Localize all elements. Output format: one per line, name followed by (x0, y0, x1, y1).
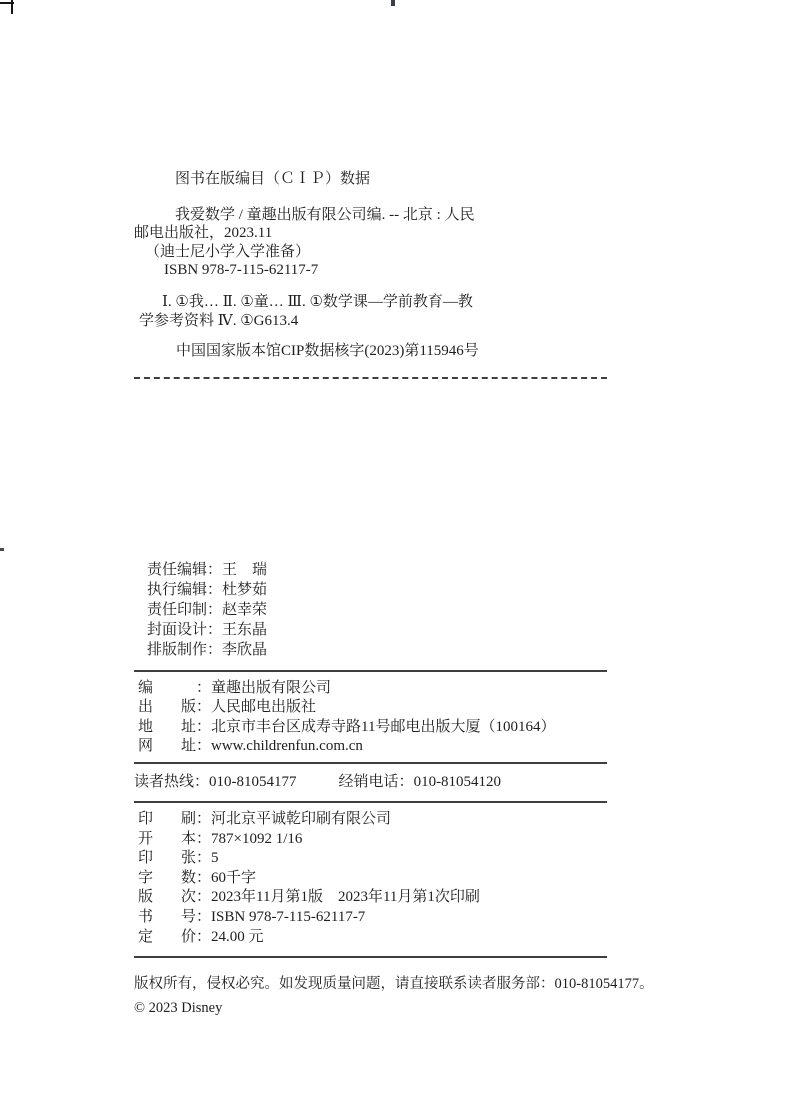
staff-row: 责任印制：赵幸荣 (147, 600, 267, 620)
staff-role: 执行编辑 (147, 582, 207, 598)
reader-hotline-label: 读者热线 (134, 774, 194, 790)
printing-row: 印张：5 (138, 849, 480, 869)
cip-heading: 图书在版编目（ＣＩＰ）数据 (134, 170, 610, 189)
colon: ： (196, 738, 211, 754)
row-label: 开本 (138, 830, 196, 850)
row-label: 印张 (138, 849, 196, 869)
hotline-row: 读者热线：010-81054177经销电话：010-81054120 (134, 773, 501, 792)
colon: ： (196, 909, 211, 925)
row-value: 787×1092 1/16 (211, 831, 302, 847)
row-value: 人民邮电出版社 (211, 699, 316, 715)
colon: ： (207, 562, 222, 578)
colon: ： (196, 850, 211, 866)
printing-row: 字数：60千字 (138, 869, 480, 889)
horizontal-rule (134, 801, 607, 803)
dashed-divider (134, 377, 607, 379)
disney-copyright: © 2023 Disney (134, 1000, 222, 1017)
colon: ： (196, 699, 211, 715)
website-url: www.childrenfun.com.cn (211, 738, 363, 754)
staff-role: 排版制作 (147, 642, 207, 658)
staff-name: 赵幸荣 (222, 602, 267, 618)
printing-row: 开本：787×1092 1/16 (138, 830, 480, 850)
staff-role: 封面设计 (147, 622, 207, 638)
row-label: 字数 (138, 869, 196, 889)
horizontal-rule (134, 670, 607, 672)
colon: ： (196, 889, 211, 905)
row-value: 24.00 元 (211, 929, 264, 945)
row-label: 编 (138, 679, 196, 698)
trim-mark-left-edge (0, 548, 4, 551)
row-value: 河北京平诚乾印刷有限公司 (211, 811, 391, 827)
reader-hotline-number: 010-81054177 (209, 774, 297, 790)
row-label: 出版 (138, 698, 196, 717)
row-value: 5 (211, 850, 219, 866)
cip-block: 图书在版编目（ＣＩＰ）数据 我爱数学 / 童趣出版有限公司编. -- 北京 : … (134, 170, 610, 361)
staff-name: 王 瑞 (222, 562, 267, 578)
horizontal-rule (134, 762, 607, 764)
horizontal-rule (134, 956, 607, 958)
row-label: 定价 (138, 928, 196, 948)
cip-series-note: （迪士尼小学入学准备） (134, 243, 610, 262)
printing-block: 印刷：河北京平诚乾印刷有限公司 开本：787×1092 1/16 印张：5 字数… (138, 810, 480, 947)
trim-mark-top-center (391, 0, 395, 6)
colon: ： (196, 929, 211, 945)
copyright-notice: 版权所有，侵权必究。如发现质量问题，请直接联系读者服务部：010-8105417… (134, 972, 654, 993)
colon: ： (196, 719, 211, 735)
cip-entry-line-1: 我爱数学 / 童趣出版有限公司编. -- 北京 : 人民 (134, 206, 610, 225)
staff-row: 封面设计：王东晶 (147, 620, 267, 640)
row-label: 书号 (138, 908, 196, 928)
crop-mark-top-left-vertical (11, 0, 13, 14)
publisher-row: 出版：人民邮电出版社 (138, 698, 555, 717)
colon: ： (207, 602, 222, 618)
staff-block: 责任编辑：王 瑞 执行编辑：杜梦茹 责任印制：赵幸荣 封面设计：王东晶 排版制作… (147, 560, 267, 660)
publisher-row: 网址：www.childrenfun.com.cn (138, 737, 555, 756)
printing-row: 书号：ISBN 978-7-115-62117-7 (138, 908, 480, 928)
row-value: 2023年11月第1版 2023年11月第1次印刷 (211, 889, 480, 905)
printing-row: 版次：2023年11月第1版 2023年11月第1次印刷 (138, 888, 480, 908)
colon: ： (194, 774, 209, 790)
row-label: 版次 (138, 888, 196, 908)
sales-phone-label: 经销电话 (339, 774, 399, 790)
publisher-row: 编：童趣出版有限公司 (138, 679, 555, 698)
staff-row: 责任编辑：王 瑞 (147, 560, 267, 580)
staff-row: 执行编辑：杜梦茹 (147, 580, 267, 600)
colon: ： (207, 582, 222, 598)
colon: ： (207, 622, 222, 638)
printing-row: 印刷：河北京平诚乾印刷有限公司 (138, 810, 480, 830)
sales-phone-number: 010-81054120 (414, 774, 502, 790)
colon: ： (399, 774, 414, 790)
publisher-block: 编：童趣出版有限公司 出版：人民邮电出版社 地址：北京市丰台区成寿寺路11号邮电… (138, 679, 555, 756)
colon: ： (196, 680, 211, 696)
cip-classification-line-2: 学参考资料 Ⅳ. ①G613.4 (134, 312, 610, 331)
row-value: 童趣出版有限公司 (211, 680, 331, 696)
colophon-page: 图书在版编目（ＣＩＰ）数据 我爱数学 / 童趣出版有限公司编. -- 北京 : … (0, 0, 790, 1103)
colon: ： (207, 642, 222, 658)
cip-registry-line: 中国国家版本馆CIP数据核字(2023)第115946号 (134, 342, 610, 361)
cip-isbn-line: ISBN 978-7-115-62117-7 (134, 261, 610, 280)
row-label: 网址 (138, 737, 196, 756)
staff-role: 责任编辑 (147, 562, 207, 578)
staff-row: 排版制作：李欣晶 (147, 640, 267, 660)
row-value: 北京市丰台区成寿寺路11号邮电出版大厦（100164） (211, 719, 555, 735)
colon: ： (196, 831, 211, 847)
row-label: 地址 (138, 718, 196, 737)
staff-name: 王东晶 (222, 622, 267, 638)
colon: ： (196, 811, 211, 827)
cip-classification-line-1: Ⅰ. ①我… Ⅱ. ①童… Ⅲ. ①数学课—学前教育—教 (134, 293, 610, 312)
row-label: 印刷 (138, 810, 196, 830)
colon: ： (196, 870, 211, 886)
publisher-row: 地址：北京市丰台区成寿寺路11号邮电出版大厦（100164） (138, 718, 555, 737)
cip-entry-line-2: 邮电出版社，2023.11 (134, 224, 610, 243)
row-value: 60千字 (211, 870, 256, 886)
staff-role: 责任印制 (147, 602, 207, 618)
staff-name: 李欣晶 (222, 642, 267, 658)
row-value: ISBN 978-7-115-62117-7 (211, 909, 365, 925)
printing-row: 定价：24.00 元 (138, 928, 480, 948)
staff-name: 杜梦茹 (222, 582, 267, 598)
